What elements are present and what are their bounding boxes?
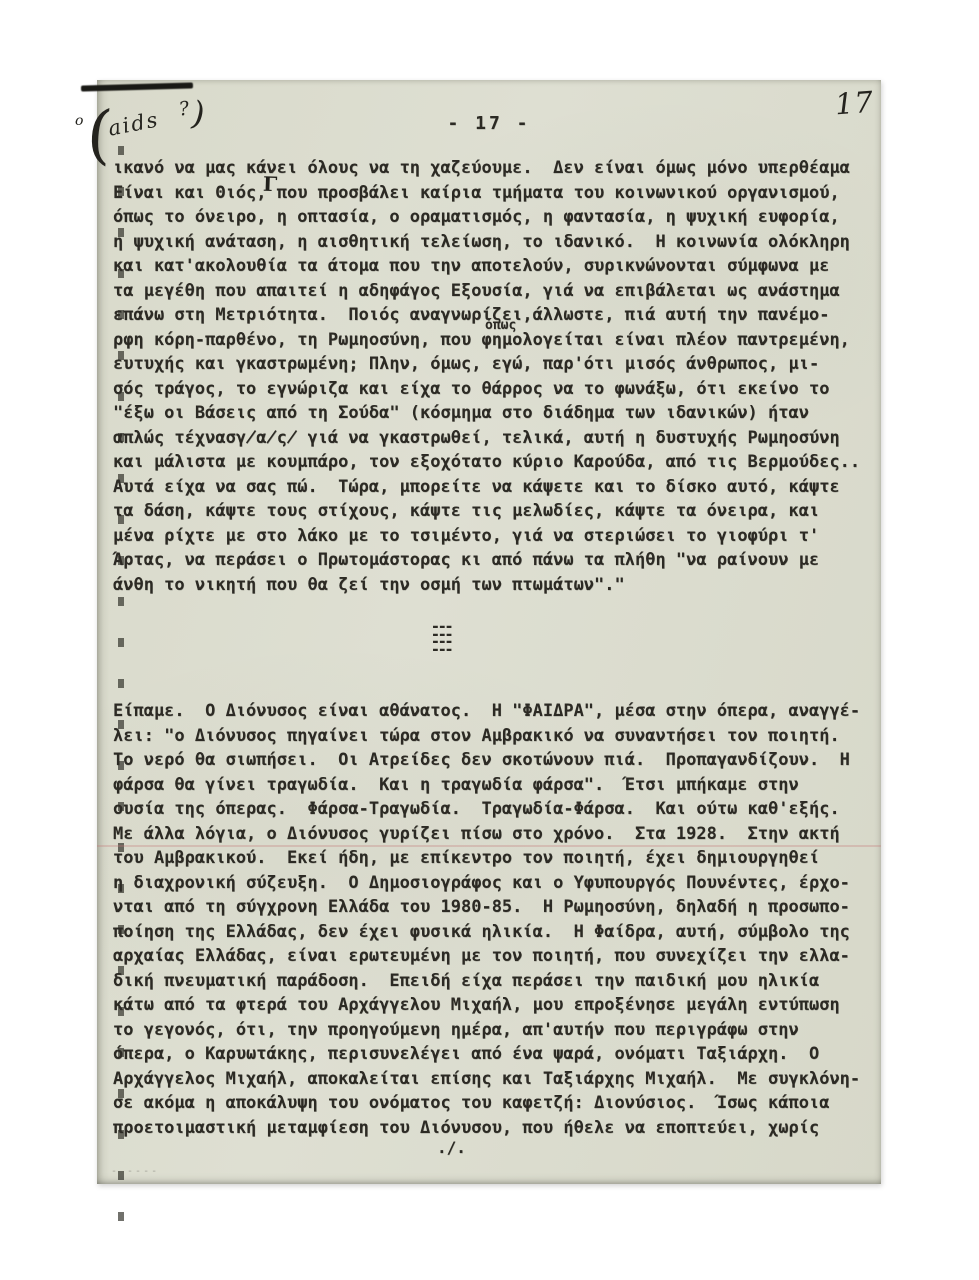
handwritten-page-number: 17 — [834, 85, 875, 122]
text-line: σός τράγος, το εγνώριζα και είχα το θάρρ… — [113, 377, 860, 402]
text-line: Με άλλα λόγια, ο Διόνυσος γυρίζει πίσω σ… — [113, 822, 860, 847]
text-line: και μάλιστα με κουμπάρο, τον εξοχότατο κ… — [113, 450, 860, 475]
text-line: τα μεγέθη που απαιτεί η αδηφάγος Εξουσία… — [113, 279, 860, 304]
text-line: φάρσα θα γίνει τραγωδία. Και η τραγωδία … — [113, 773, 860, 798]
text-line: ικανό να μας κάνει όλους να τη χαζεύουμε… — [113, 156, 860, 181]
text-line: λει: "ο Διόνυσος πηγαίνει τώρα στον Αμβρ… — [113, 724, 860, 749]
text-line: κάτω από τα φτερά του Αρχάγγελου Μιχαήλ,… — [113, 993, 860, 1018]
text-line: αρχαίας Ελλάδας, είναι ερωτευμένη με τον… — [113, 944, 860, 969]
text-line: ποίηση της Ελλάδας, δεν έχει φυσικά ηλικ… — [113, 920, 860, 945]
text-line: όπερα, ο Καρυωτάκης, περισυνελέγει από έ… — [113, 1042, 860, 1067]
page-background: o ( aids ? ) - 17 - 17 Γ ικανό να μας κά… — [0, 0, 979, 1280]
text-line: σε ακόμα η αποκάλυψη του ονόματος του κα… — [113, 1091, 860, 1116]
paragraph-2: Είπαμε. Ο Διόνυσος είναι αθάνατος. Η "ΦΑ… — [113, 699, 860, 1140]
text-line: Το νερό θα σιωπήσει. Οι Ατρείδες δεν σκο… — [113, 748, 860, 773]
text-line: το γεγονός, ότι, την προηγούμενη ημέρα, … — [113, 1018, 860, 1043]
interlinear-correction: όπως — [485, 319, 516, 332]
text-line: Είναι και Θιός, που προσβάλει καίρια τμή… — [113, 181, 860, 206]
document-page: o ( aids ? ) - 17 - 17 Γ ικανό να μας κά… — [97, 80, 881, 1184]
pencil-scribble: - ---- — [111, 1166, 159, 1177]
text-line: νται από τη σύγχρονη Ελλάδα του 1980-85.… — [113, 895, 860, 920]
handwritten-note-prefix: o — [75, 113, 83, 129]
text-line: ευτυχής και γκαστρωμένη; Πλην, όμως, εγώ… — [113, 352, 860, 377]
text-line: η διαχρονική σύζευξη. Ο Δημοσιογράφος κα… — [113, 871, 860, 896]
divider-row: ▬▬▬ — [433, 646, 453, 654]
text-line: μένα ρίχτε με στο λάκο με το τσιμέντο, γ… — [113, 524, 860, 549]
text-line: Αυτά είχα να σας πώ. Τώρα, μπορείτε να κ… — [113, 475, 860, 500]
section-divider: ▬▬▬▬▬▬▬▬▬▬▬▬ — [433, 623, 453, 653]
text-line: Είπαμε. Ο Διόνυσος είναι αθάνατος. Η "ΦΑ… — [113, 699, 860, 724]
text-line: προετοιμαστική μεταμφίεση του Διόνυσου, … — [113, 1116, 860, 1141]
continuation-mark: ./. — [437, 1138, 466, 1157]
text-line: του Αμβρακικού. Εκεί ήδη, με επίκεντρο τ… — [113, 846, 860, 871]
typed-page-number: - 17 - — [97, 113, 881, 134]
text-line: Άρτας, να περάσει ο Πρωτομάστορας κι από… — [113, 548, 860, 573]
text-line: ουσία της όπερας. Φάρσα-Τραγωδία. Τραγωδ… — [113, 797, 860, 822]
text-line: "έξω οι Βάσεις από τη Σούδα" (κόσμημα στ… — [113, 401, 860, 426]
text-line: όπως το όνειρο, η οπτασία, ο οραματισμός… — [113, 205, 860, 230]
text-line: άνθη το νικητή που θα ζεί την οσμή των π… — [113, 573, 860, 598]
text-line: απλώς τέχνασγ̸α̸ς̸ γιά να γκαστρωθεί, τε… — [113, 426, 860, 451]
text-line: δική πνευματική παράδοση. Επειδή είχα πε… — [113, 969, 860, 994]
paragraph-1: ικανό να μας κάνει όλους να τη χαζεύουμε… — [113, 156, 860, 597]
text-line: η ψυχική ανάταση, η αισθητική τελείωση, … — [113, 230, 860, 255]
text-line: τα δάση, κάψτε τους στίχους, κάψτε τις μ… — [113, 499, 860, 524]
text-line: και κατ'ακολουθία τα άτομα που την αποτε… — [113, 254, 860, 279]
text-line: Αρχάγγελος Μιχαήλ, αποκαλείται επίσης κα… — [113, 1067, 860, 1092]
